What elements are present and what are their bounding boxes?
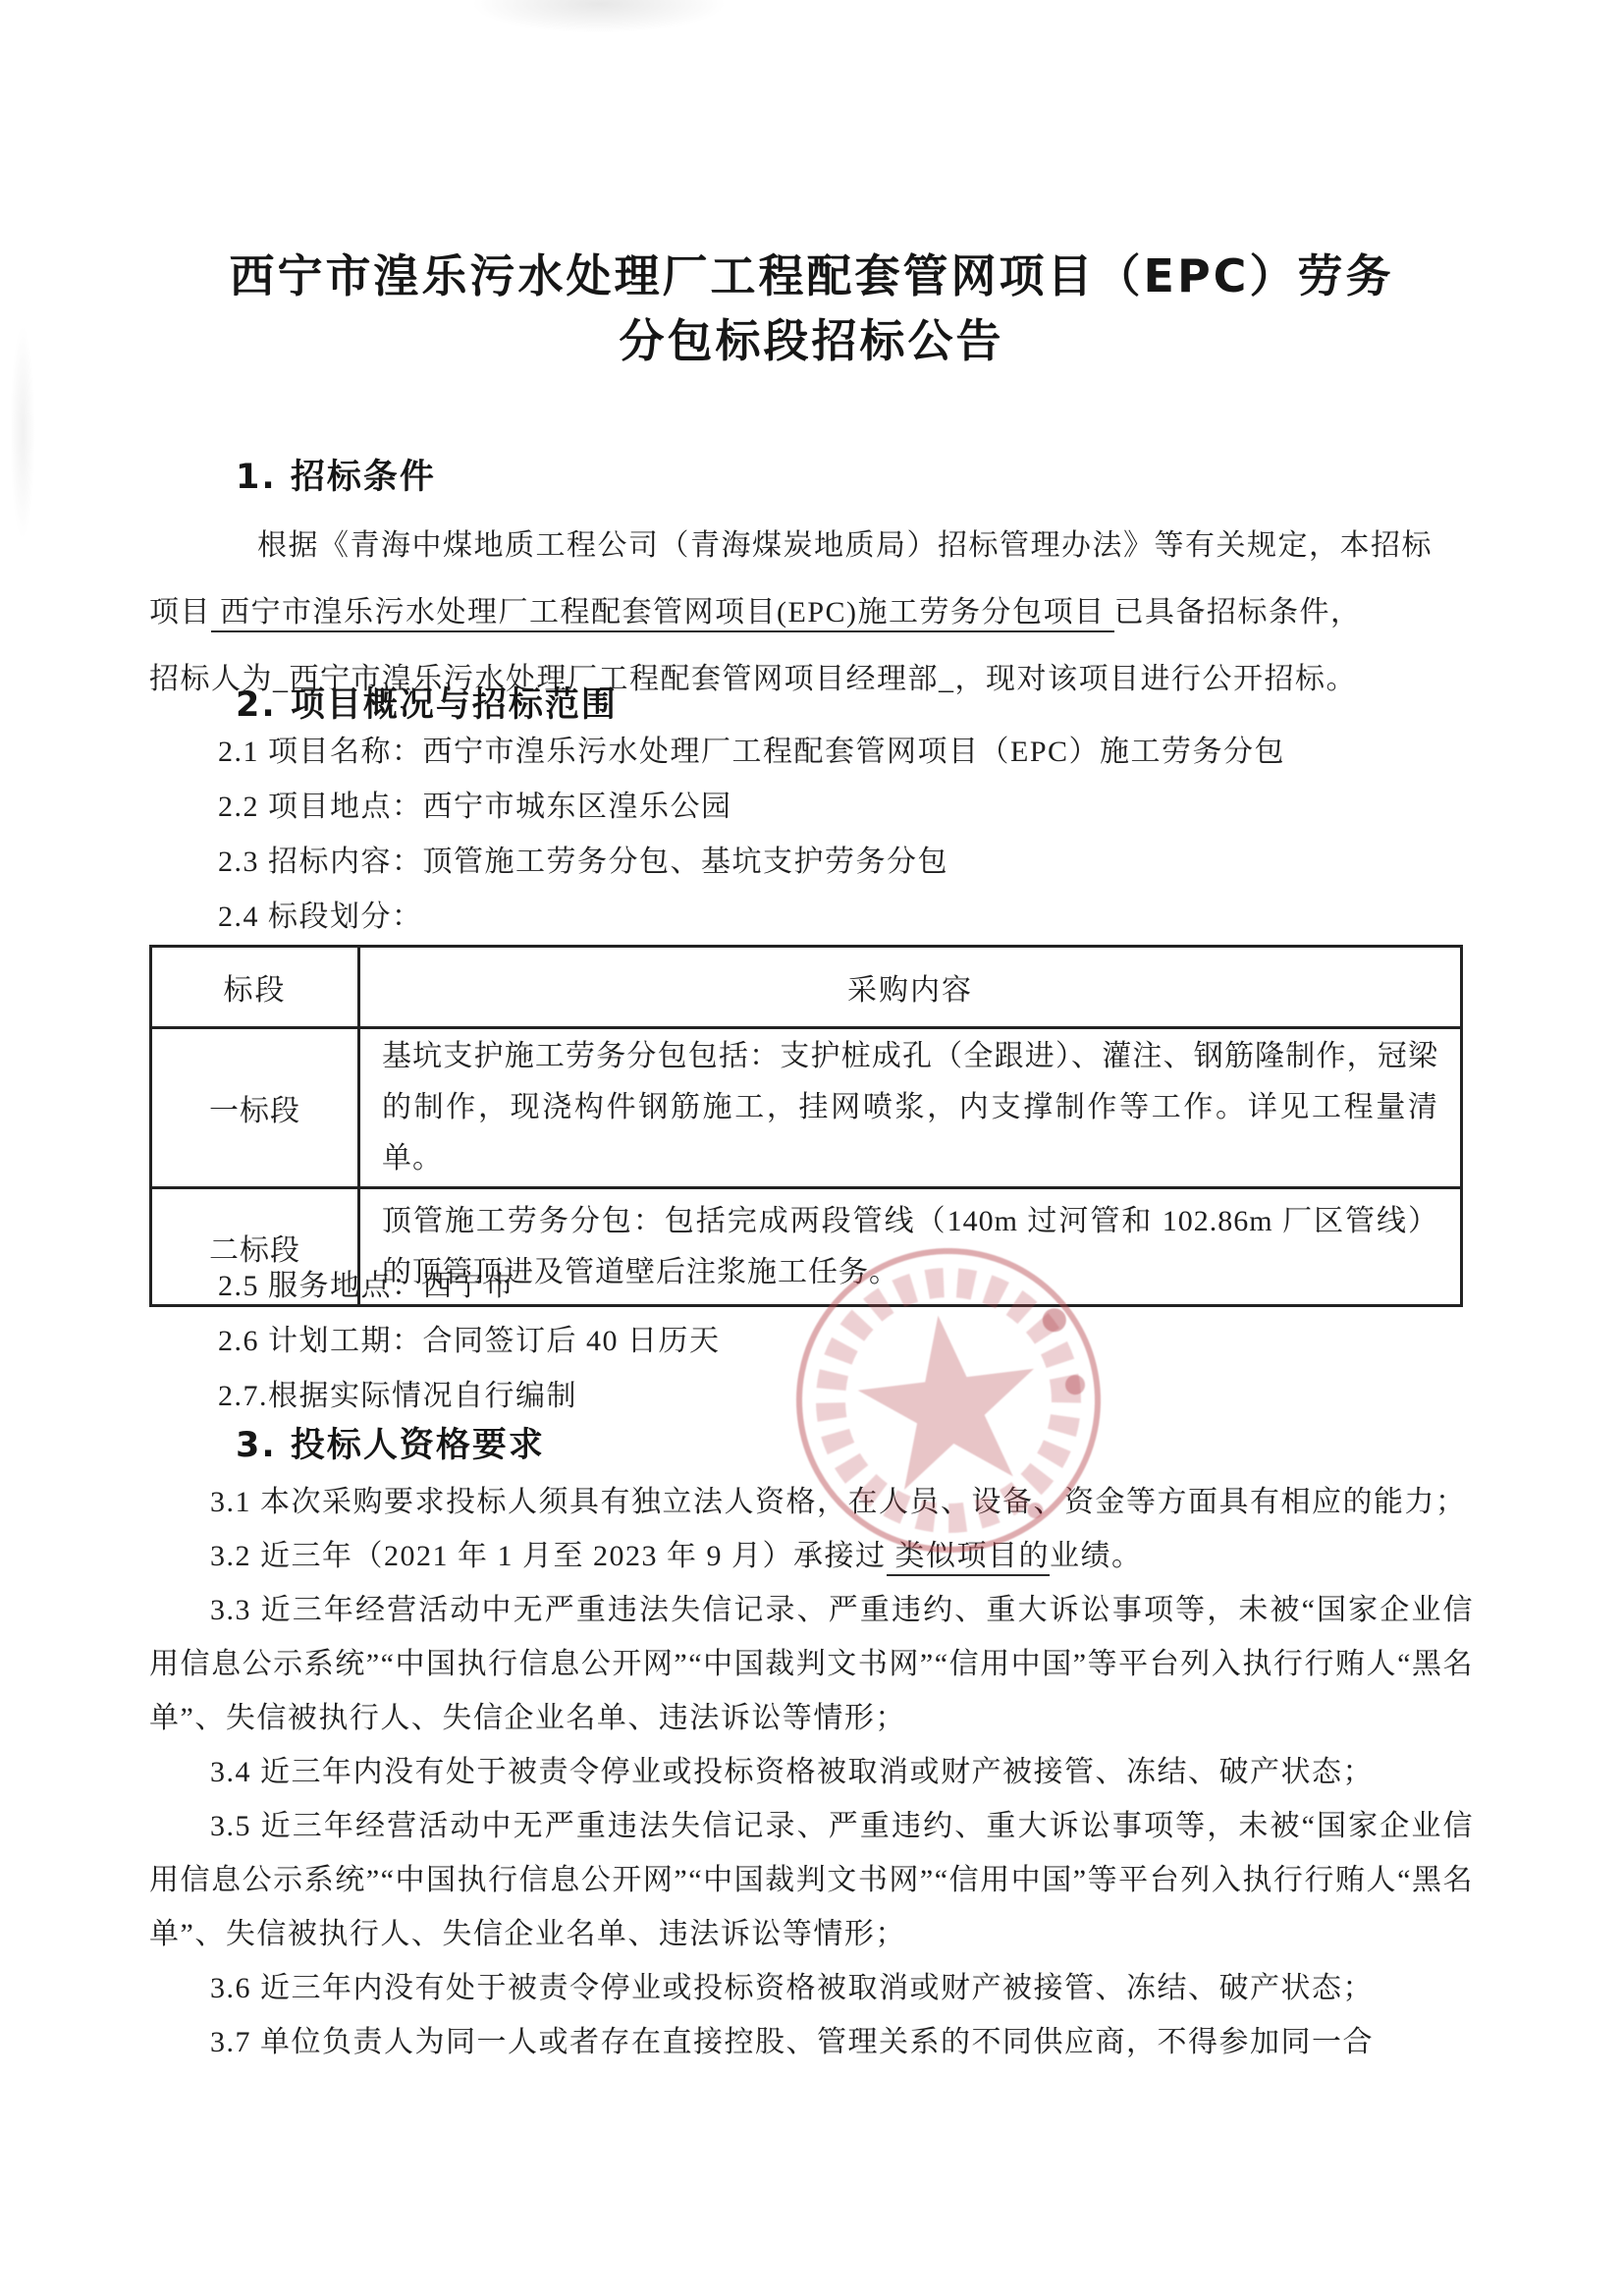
item-3-2: 3.2 近三年（2021 年 1 月至 2023 年 9 月）承接过 类似项目的…	[149, 1529, 1474, 1583]
lot1-content: 基坑支护施工劳务分包包括：支护桩成孔（全跟进）、灌注、钢筋隆制作，冠梁的制作，现…	[359, 1028, 1462, 1188]
item-3-7: 3.7 单位负责人为同一人或者存在直接控股、管理关系的不同供应商，不得参加同一合	[149, 2015, 1474, 2069]
scan-artifact	[471, 0, 727, 33]
item-3-1: 3.1 本次采购要求投标人须具有独立法人资格，在人员、设备、资金等方面具有相应的…	[149, 1475, 1474, 1529]
item-2-3-tender-content: 2.3 招标内容：顶管施工劳务分包、基坑支护劳务分包	[149, 835, 1474, 890]
lot-division-table: 标段 采购内容 一标段 基坑支护施工劳务分包包括：支护桩成孔（全跟进）、灌注、钢…	[149, 945, 1463, 1307]
section2-items-top: 2.1 项目名称：西宁市湟乐污水处理厂工程配套管网项目（EPC）施工劳务分包 2…	[149, 725, 1474, 945]
item-2-5-service-location: 2.5 服务地点：西宁市	[149, 1259, 1474, 1314]
document-title-line1: 西宁市湟乐污水处理厂工程配套管网项目（EPC）劳务	[0, 244, 1623, 308]
scanned-tender-announcement-page: 西宁市湟乐污水处理厂工程配套管网项目（EPC）劳务 分包标段招标公告 1. 招标…	[0, 0, 1623, 2296]
item-3-4: 3.4 近三年内没有处于被责令停业或投标资格被取消或财产被接管、冻结、破产状态；	[149, 1745, 1474, 1799]
item-2-4-lot-division: 2.4 标段划分：	[149, 890, 1474, 945]
document-title-line2: 分包标段招标公告	[0, 308, 1623, 373]
section1-heading: 1. 招标条件	[149, 450, 1560, 499]
project-name-underlined: 西宁市湟乐污水处理厂工程配套管网项目(EPC)施工劳务分包项目	[211, 596, 1114, 632]
item-3-3: 3.3 近三年经营活动中无严重违法失信记录、严重违约、重大诉讼事项等，未被“国家…	[149, 1583, 1474, 1745]
table-row: 一标段 基坑支护施工劳务分包包括：支护桩成孔（全跟进）、灌注、钢筋隆制作，冠梁的…	[151, 1028, 1462, 1188]
section3-heading: 3. 投标人资格要求	[149, 1418, 1560, 1467]
section2-heading: 2. 项目概况与招标范围	[149, 678, 1560, 727]
section1-line2-post: 已具备招标条件，	[1114, 596, 1362, 629]
item-3-5: 3.5 近三年经营活动中无严重违法失信记录、严重违约、重大诉讼事项等，未被“国家…	[149, 1799, 1474, 1961]
lot1-label: 一标段	[151, 1028, 359, 1188]
section1-line2-pre: 项目	[149, 596, 211, 629]
item-3-2-pre: 3.2 近三年（2021 年 1 月至 2023 年 9 月）承接过	[210, 1540, 887, 1572]
item-2-6-planned-duration: 2.6 计划工期：合同签订后 40 日历天	[149, 1314, 1474, 1369]
item-3-6: 3.6 近三年内没有处于被责令停业或投标资格被取消或财产被接管、冻结、破产状态；	[149, 1961, 1474, 2015]
item-3-2-underlined: 类似项目的	[887, 1540, 1051, 1576]
document-title: 西宁市湟乐污水处理厂工程配套管网项目（EPC）劳务 分包标段招标公告	[0, 244, 1623, 373]
table-header-row: 标段 采购内容	[151, 947, 1462, 1028]
table-header-procurement-content: 采购内容	[359, 947, 1462, 1028]
section1-line2: 项目 西宁市湟乐污水处理厂工程配套管网项目(EPC)施工劳务分包项目 已具备招标…	[149, 579, 1474, 646]
table-header-lot: 标段	[151, 947, 359, 1028]
section1-line1: 根据《青海中煤地质工程公司（青海煤炭地质局）招标管理办法》等有关规定，本招标	[149, 513, 1474, 579]
item-2-7-self-prepared: 2.7.根据实际情况自行编制	[149, 1369, 1474, 1424]
item-2-1-project-name: 2.1 项目名称：西宁市湟乐污水处理厂工程配套管网项目（EPC）施工劳务分包	[149, 725, 1474, 780]
section3-requirements: 3.1 本次采购要求投标人须具有独立法人资格，在人员、设备、资金等方面具有相应的…	[149, 1475, 1474, 2069]
item-2-2-project-location: 2.2 项目地点：西宁市城东区湟乐公园	[149, 780, 1474, 835]
item-3-2-post: 业绩。	[1050, 1540, 1143, 1572]
section2-items-bottom: 2.5 服务地点：西宁市 2.6 计划工期：合同签订后 40 日历天 2.7.根…	[149, 1259, 1474, 1424]
